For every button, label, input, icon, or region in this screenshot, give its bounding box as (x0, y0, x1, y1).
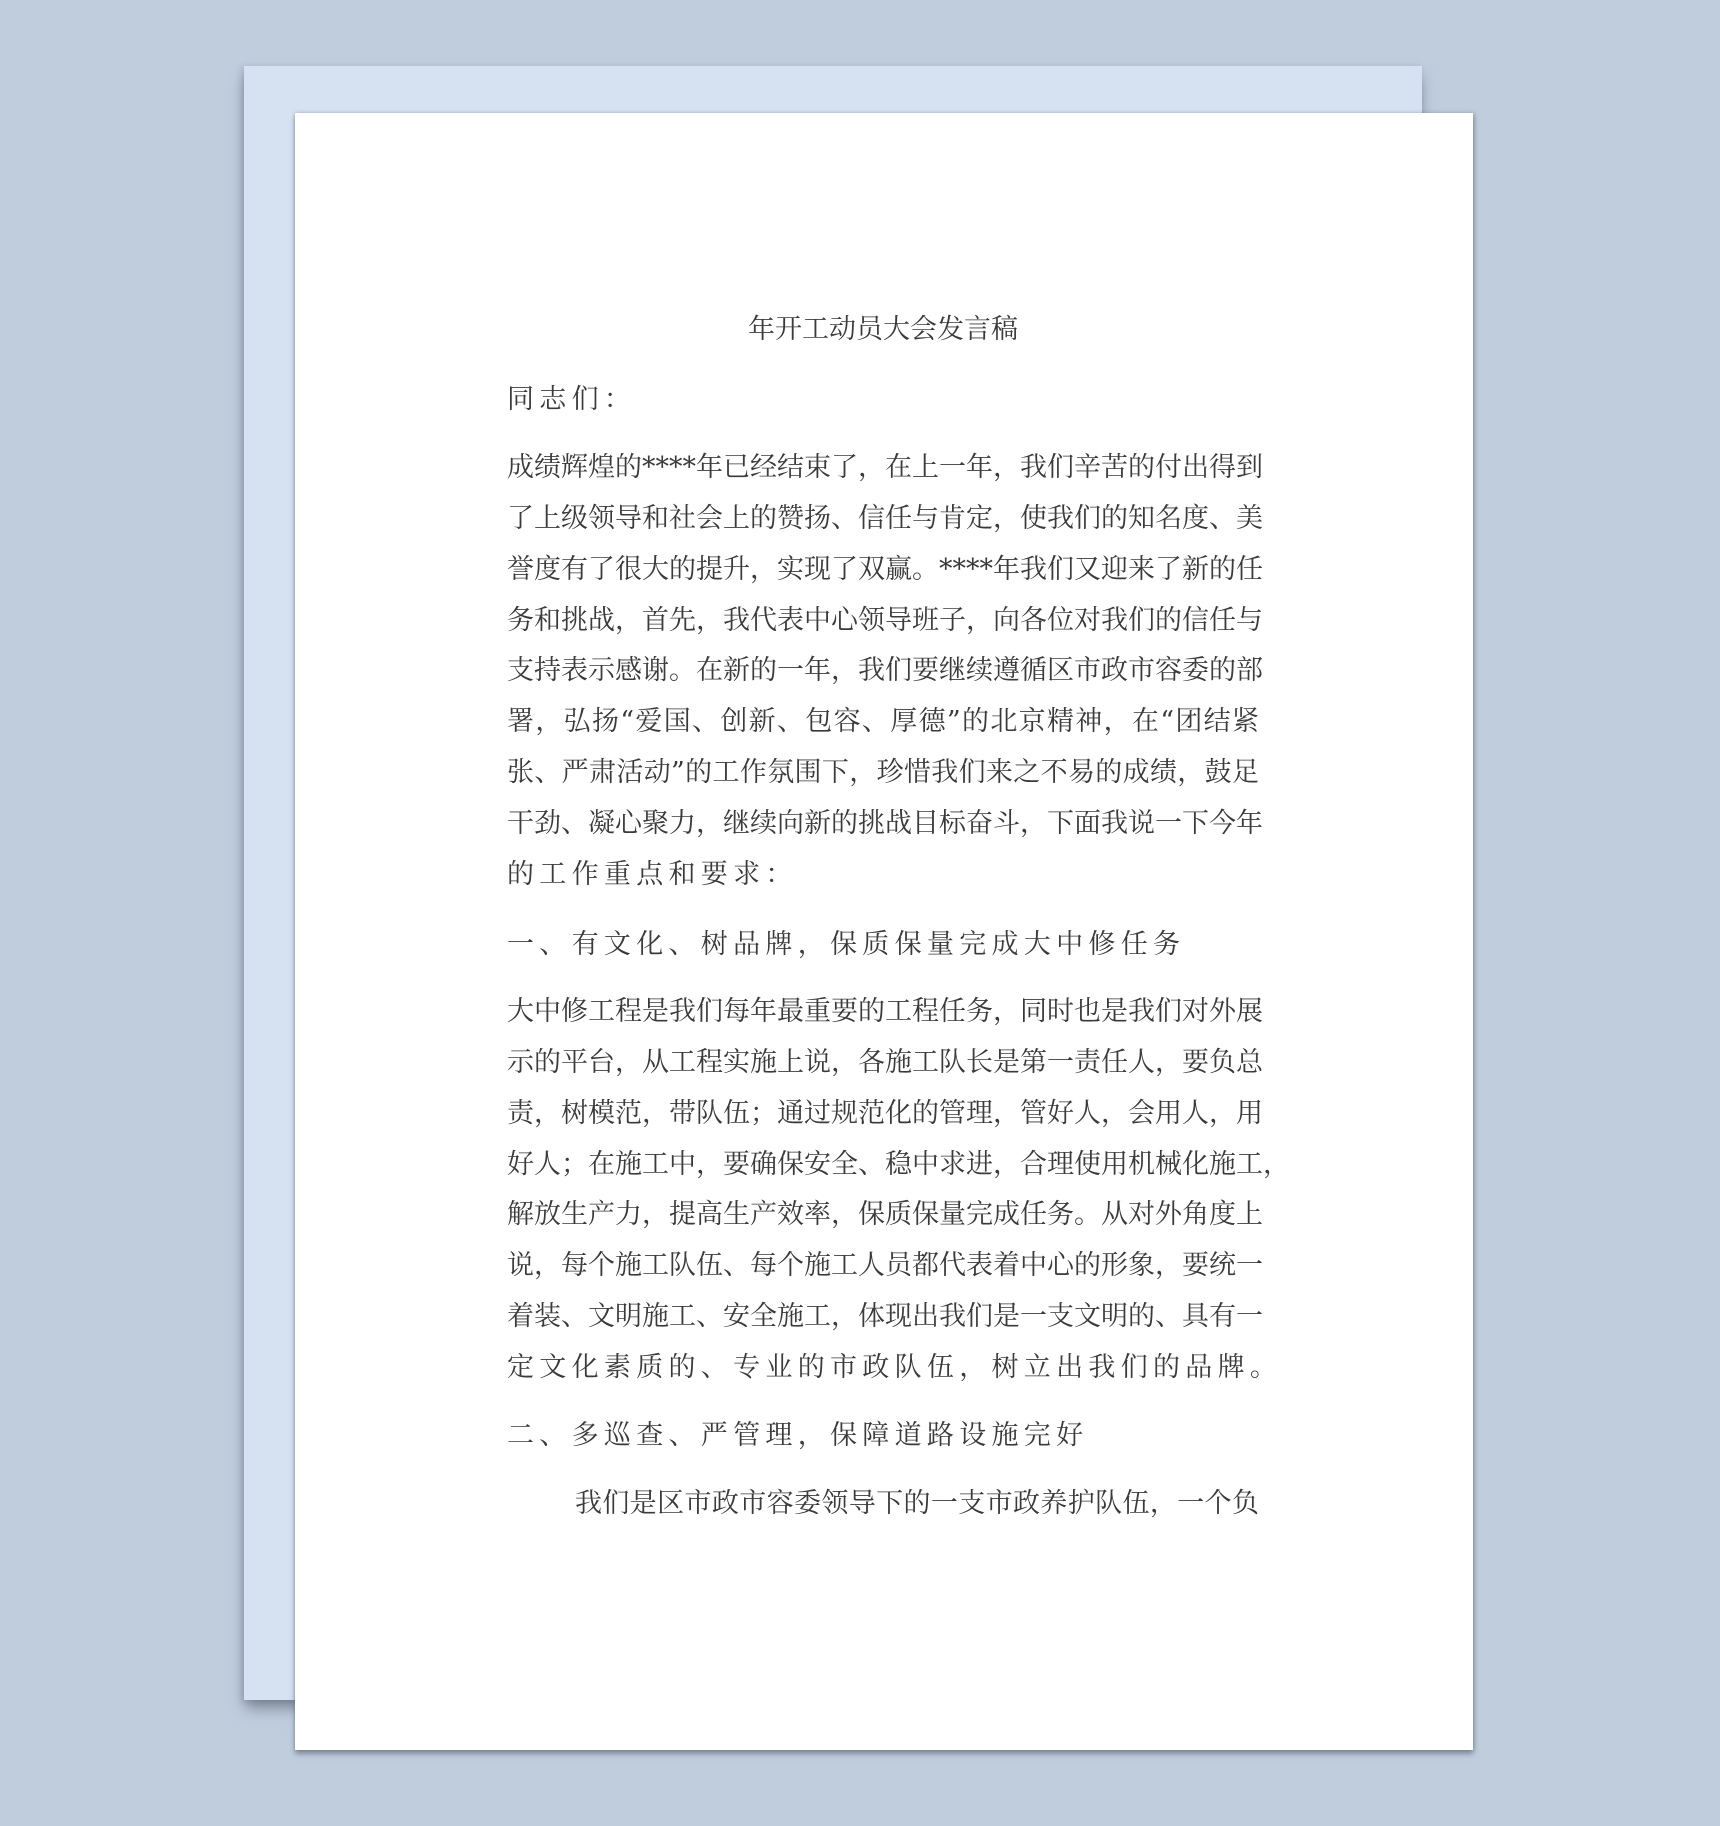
section-heading-1: 一、有文化、树品牌，保质保量完成大中修任务 (507, 927, 1259, 963)
paragraph-line: 干劲、凝心聚力，继续向新的挑战目标奋斗，下面我说一下今年 (507, 806, 1259, 842)
document-title: 年开工动员大会发言稿 (507, 312, 1259, 348)
section-heading-2: 二、多巡查、严管理，保障道路设施完好 (507, 1418, 1259, 1454)
document-page: 年开工动员大会发言稿 同志们： 成绩辉煌的****年已经结束了，在上一年，我们辛… (295, 113, 1473, 1750)
paragraph-line: 说，每个施工队伍、每个施工人员都代表着中心的形象，要统一 (507, 1248, 1259, 1284)
paragraph-line: 署，弘扬“爱国、创新、包容、厚德”的北京精神，在“团结紧 (507, 704, 1259, 740)
paragraph-line: 定文化素质的、专业的市政队伍，树立出我们的品牌。 (507, 1350, 1259, 1386)
paragraph-line: 着装、文明施工、安全施工，体现出我们是一支文明的、具有一 (507, 1299, 1259, 1335)
paragraph-line: 我们是区市政市容委领导下的一支市政养护队伍，一个负 (507, 1486, 1259, 1522)
paragraph-line: 责，树模范，带队伍；通过规范化的管理，管好人，会用人，用 (507, 1096, 1259, 1132)
paragraph-line: 示的平台，从工程实施上说，各施工队长是第一责任人，要负总 (507, 1045, 1259, 1081)
paragraph-line: 务和挑战，首先，我代表中心领导班子，向各位对我们的信任与 (507, 603, 1259, 639)
salutation: 同志们： (507, 382, 1259, 418)
paragraph-line: 好人；在施工中，要确保安全、稳中求进，合理使用机械化施工， (507, 1147, 1259, 1183)
paragraph-line: 成绩辉煌的****年已经结束了，在上一年，我们辛苦的付出得到 (507, 450, 1259, 486)
paragraph-line: 的工作重点和要求： (507, 857, 1259, 893)
paragraph-line: 誉度有了很大的提升，实现了双赢。****年我们又迎来了新的任 (507, 552, 1259, 588)
paragraph-line: 大中修工程是我们每年最重要的工程任务，同时也是我们对外展 (507, 994, 1259, 1030)
paragraph-line: 解放生产力，提高生产效率，保质保量完成任务。从对外角度上 (507, 1197, 1259, 1233)
paragraph-line: 支持表示感谢。在新的一年，我们要继续遵循区市政市容委的部 (507, 653, 1259, 689)
paragraph-line: 了上级领导和社会上的赞扬、信任与肯定，使我们的知名度、美 (507, 501, 1259, 537)
paragraph-line: 张、严肃活动”的工作氛围下，珍惜我们来之不易的成绩，鼓足 (507, 755, 1259, 791)
